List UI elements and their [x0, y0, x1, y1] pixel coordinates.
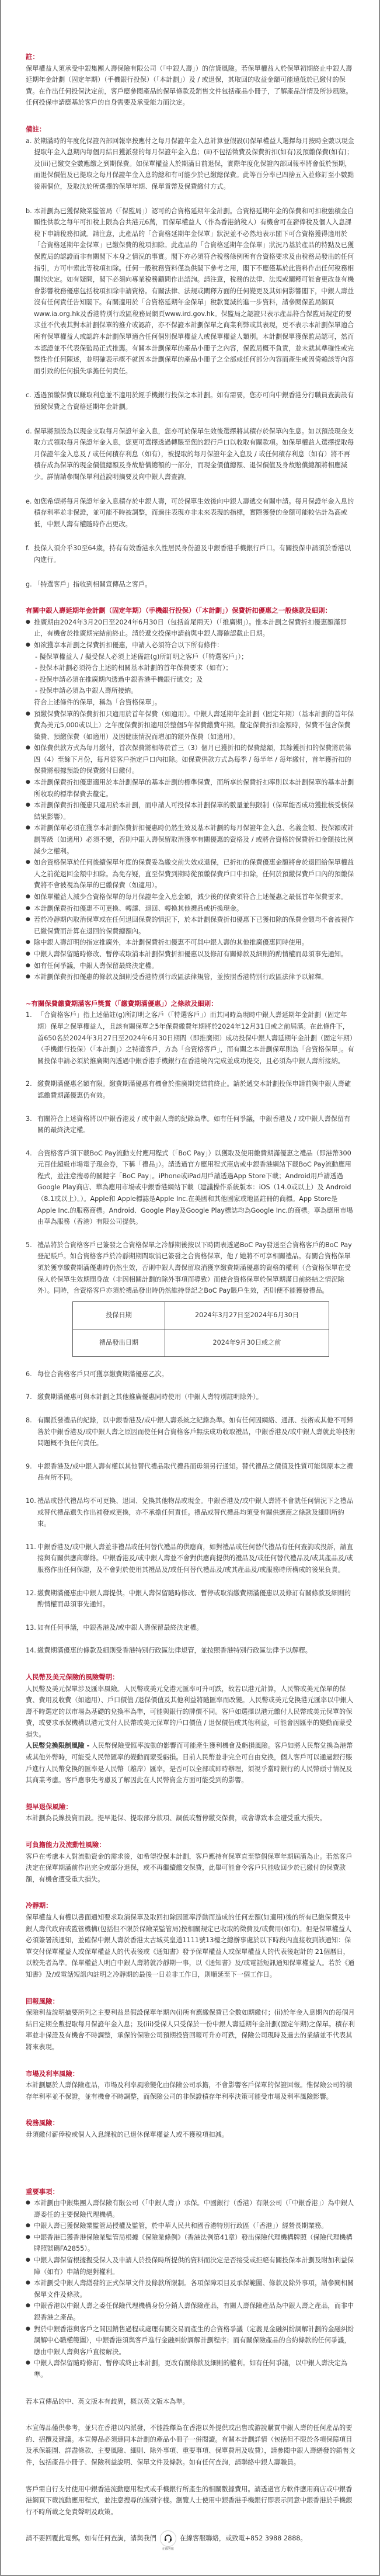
- language-note-text: 若本宣傳品的中、英文版本有歧異，概以英文版本為準。: [26, 2396, 355, 2408]
- reward-term-item: 1.「合資格客戶」指上述備註(g)所訂明之客戶（「特選客戶」）而其同時為現時中銀…: [26, 1009, 355, 1067]
- remark-item: e.如您希望將每月保證年金入息積存於中銀人壽，可於保單生效後向中銀人壽遞交有關申…: [26, 496, 355, 530]
- remark-item: a.於期滿時的年度化保證內部回報率按應付之每月保證年金入息計算並假設(i)保單權…: [26, 136, 355, 193]
- market-risk-section: 市場及利率風險： 本計劃屬於人壽保險產品，市場及利率風險變化由保險公司承擔，不會…: [26, 2068, 355, 2103]
- bullet-icon: ●: [26, 2324, 34, 2358]
- term-item: ●如保費供款方式為每月繳付，首次保費將相等於首三（3）個月已獲折扣的保費總額，其…: [26, 742, 355, 777]
- term-text: 中銀香港及/或中銀人壽有權以其他替代禮品取代禮品而毋須另行通知。替代禮品之價值及…: [37, 1461, 355, 1484]
- term-number: 4.: [26, 1148, 37, 1228]
- term-text: 有關派發禮品的紀錄，以中銀香港及/或中銀人壽系統之紀錄為準。如有任何因網絡、通訊…: [37, 1415, 355, 1449]
- remark-item: b.本計劃為已獲保險業監管局（「保監局」）認可的合資格延期年金計劃。合資格延期年…: [26, 206, 355, 377]
- term-number: 8.: [26, 1415, 37, 1449]
- condition-item: - 投保申請必須為中銀人壽所接納。: [35, 685, 355, 697]
- early-surrender-heading: 提早退保風險：: [26, 1801, 355, 1813]
- table-cell-value: 2024年3月27日至2024年6月30日: [165, 1301, 329, 1329]
- remark-text: 本計劃為已獲保險業監管局（「保監局」）認可的合資格延期年金計劃。合資格延期年金的…: [34, 206, 355, 377]
- term-text: 本計劃保費折扣優惠的條款及細則受香港特別行政區法律規管，並按照香港特別行政區法律…: [34, 971, 355, 983]
- important-item: ●本計劃受中銀人壽繕發的正式保單文件及條款所限制。各項保障項目及承保範圍、條款及…: [26, 2278, 355, 2300]
- bullet-icon: ●: [26, 949, 34, 960]
- term-text: 繳費期滿優惠的條款及細則受香港特別行政區法律規管，並按照香港特別行政區法律予以解…: [37, 1645, 355, 1657]
- maturity-reward-list-continued: 6.每位合資格客戶只可獲享繳費期滿優惠乙次。 7.繳費期滿優惠可與本計劃之其他推…: [26, 1369, 355, 1657]
- condition-list: - 擬保單權益人 / 擬受保人必須上述備註(g)所訂明之客戶（「特選客戶」）； …: [34, 651, 355, 697]
- reward-term-item: 4.合資格客戶須下載BoC Pay流動支付應用程式（「BoC Pay」）以獲取及…: [26, 1148, 355, 1228]
- remark-text: 保單將預設為以現金支取每月保證年金入息，您亦可於保單生效後選擇將其積存於保單內生…: [34, 426, 355, 483]
- online-customer-service-button[interactable]: 在線客服: [160, 2530, 176, 2551]
- term-item: ●本計劃保費折扣優惠只適用於本計劃，而申請人可投保本計劃保單的數量並無限制（保單…: [26, 800, 355, 822]
- term-text: 有關符合上述資格將以中銀香港及 / 或中銀人壽的紀錄為準。如有任何爭議，中銀香港…: [37, 1113, 355, 1136]
- important-text: 本計劃由中銀集團人壽保險有限公司（「中銀人壽」）承保。中國銀行（香港）有限公司（…: [34, 2197, 355, 2220]
- term-item: ●中銀人壽保留隨時修改、暫停或取消本計劃保費折扣優惠以及修訂有關條款及細則的酌情…: [26, 949, 355, 960]
- remarks-heading: 備註：: [26, 124, 355, 136]
- reference-note: 本宣傳品僅供參考，並只在香港以內派發，不能詮釋為在香港以外提供或出售或游說購買中…: [26, 2422, 355, 2468]
- remark-text: 如您希望將每月保證年金入息積存於中銀人壽，可於保單生效後向中銀人壽遞交有關申請。…: [34, 496, 355, 530]
- term-item: ●本計劃保費折扣優惠適用於本計劃保單的基本計劃的標準保費，而所享的保費折扣率則以…: [26, 777, 355, 800]
- important-section: 重要事項： ●本計劃由中銀集團人壽保險有限公司（「中銀人壽」）承保。中國銀行（香…: [26, 2186, 355, 2381]
- remark-item: c.透過預繳保費以賺取利息並不適用於經手機銀行投保之本計劃。如有需要，您亦可向中…: [26, 390, 355, 412]
- remark-item: d.保單將預設為以現金支取每月保證年金入息，您亦可於保單生效後選擇將其積存於保單…: [26, 426, 355, 483]
- reward-term-item: 12.繳費期滿優惠由中銀人壽提供。中銀人壽保留隨時修改、暫停或取消繳費期滿優惠以…: [26, 1588, 355, 1610]
- important-text: 本計劃受中銀人壽繕發的正式保單文件及條款所限制。各項保障項目及承保範圍、條款及除…: [34, 2278, 355, 2300]
- return-risk-heading: 回報風險：: [26, 1996, 355, 2008]
- term-item: ●如合資格保單於任何後續保單年度的保費妥為繳交前失效或退保，已折扣的保費優惠金額…: [26, 857, 355, 891]
- online-cs-label: 在線客服: [162, 2547, 174, 2551]
- term-text: 中銀人壽保留隨時修改、暫停或取消本計劃保費折扣優惠以及修訂有關條款及細則的酌情權…: [34, 949, 355, 960]
- term-item: ●如有任何爭議，中銀人壽保留最終決定權。: [26, 960, 355, 972]
- remark-marker: c.: [26, 390, 34, 412]
- remark-marker: a.: [26, 136, 34, 193]
- contact-line: 請不要回覆此電郵。如有任何查詢，請與我們 在線客服 在線客服聯絡，或致電+852…: [26, 2533, 355, 2551]
- condition-item: - 投保本計劃必須符合上述的相關基本計劃的首年保費要求（如有）；: [35, 662, 355, 674]
- term-item: ●本計劃保費折扣優惠的條款及細則受香港特別行政區法律規管，並按照香港特別行政區法…: [26, 971, 355, 983]
- liquidity-heading: 可負擔能力及流動性風險：: [26, 1839, 355, 1851]
- condition-item: - 擬保單權益人 / 擬受保人必須上述備註(g)所訂明之客戶（「特選客戶」）；: [35, 651, 355, 663]
- fx-risk-heading: 人民幣及美元保險的風險聲明：: [26, 1672, 355, 1683]
- reward-term-item: 5.禮品將於合資格客戶已簽發之合資格保單之冷靜期後按以下時間表透過BoC Pay…: [26, 1240, 355, 1297]
- term-number: 3.: [26, 1113, 37, 1136]
- reward-term-item: 2.繳費期滿優惠名額有限。繳費期滿優惠有機會於推廣期完結前終止。請於遞交本計劃投…: [26, 1078, 355, 1101]
- important-text: 中銀香港已獲香港保險業監管局根據《保險業條例》（香港法例第41章）發出保險代理機…: [34, 2232, 355, 2255]
- bullet-icon: ●: [26, 742, 34, 777]
- term-text: 繳費期滿優惠名額有限。繳費期滿優惠有機會於推廣期完結前終止。請於遞交本計劃投保申…: [37, 1078, 355, 1101]
- term-item: ●本計劃保單必須在獲享本計劃保費折扣優惠時仍然生效及基本計劃的每月保證年金入息、…: [26, 822, 355, 857]
- market-risk-heading: 市場及利率風險：: [26, 2068, 355, 2080]
- bullet-icon: ●: [26, 617, 34, 640]
- important-text: 中銀人壽保留根據擬受保人及申請人於投保時所提供的資料而決定是否接受或拒絕有關投保…: [34, 2255, 355, 2278]
- remark-item: f.投保人須介乎30至64歲，持有有效香港永久性居民身份證及中銀香港手機銀行戶口…: [26, 543, 355, 565]
- important-text: 中銀人壽保留隨時修訂、暫停或終止本計劃，更改有關條款及細則的權利。如有任何爭議，…: [34, 2358, 355, 2380]
- term-text: 如有任何爭議，中銀香港及/或中銀人壽保留最終決定權。: [37, 1622, 355, 1634]
- data-charges-text: 客戶需自行支付使用中銀香港流動應用程式或手機銀行所產生的相關數據費用。請透過官方…: [26, 2484, 355, 2518]
- bullet-icon: ●: [26, 857, 34, 891]
- bullet-icon: ●: [26, 2197, 34, 2220]
- term-text: 如有任何爭議，中銀人壽保留最終決定權。: [34, 960, 355, 972]
- important-heading: 重要事項：: [26, 2186, 355, 2198]
- note-section: 註： 保單權益人須承受中銀集團人壽保險有限公司（「中銀人壽」）的信貸風險。若保單…: [26, 51, 355, 109]
- important-item: ●中銀香港以中銀人壽之委任保險代理機構身份分銷人壽保險產品，有關人壽保險產品為中…: [26, 2300, 355, 2323]
- bullet-icon: ●: [26, 971, 34, 983]
- condition-item: - 投保申請必須在推廣期內透過中銀香港手機銀行遞交；及: [35, 674, 355, 686]
- table-row: 禮品發出日期 2024年9月30日或之前: [73, 1329, 329, 1356]
- maturity-reward-heading: ~有關保費繳費期滿客戶獎賞（「繳費期滿優惠」）之條款及細則：: [26, 998, 355, 1010]
- bullet-icon: ●: [26, 777, 34, 800]
- discount-terms-section: 有關中銀人壽延期年金計劃（固定年期）（手機銀行投保）（「本計劃」）保費折扣優惠之…: [26, 605, 355, 983]
- important-text: 中銀香港以中銀人壽之委任保險代理機構身份分銷人壽保險產品，有關人壽保險產品為中銀…: [34, 2300, 355, 2323]
- fx-risk-section: 人民幣及美元保險的風險聲明： 人民幣及美元保單涉及匯率風險。人民幣或美元兌港元匯…: [26, 1672, 355, 1786]
- reward-term-item: 3.有關符合上述資格將以中銀香港及 / 或中銀人壽的紀錄為準。如有任何爭議，中銀…: [26, 1113, 355, 1136]
- term-text: 繳費期滿優惠可與本計劃之其他推廣優惠同時使用（中銀人壽特別註明除外）。: [37, 1391, 355, 1403]
- term-text: 如保單權益人減少合資格保單的每月保證年金入息金額，減少後的保費須符合上述優惠之最…: [34, 891, 355, 903]
- reward-term-item: 6.每位合資格客戶只可獲享繳費期滿優惠乙次。: [26, 1369, 355, 1380]
- maturity-reward-section: ~有關保費繳費期滿客戶獎賞（「繳費期滿優惠」）之條款及細則： 1.「合資格客戶」…: [26, 998, 355, 1657]
- term-item: ●除中銀人壽訂明的指定推廣外，本計劃保費折扣優惠不可與中銀人壽的其他推廣優惠同時…: [26, 937, 355, 949]
- remark-marker: e.: [26, 496, 34, 530]
- term-text: 如欲獲享本計劃之保費折扣優惠，申請人必須符合以下所有條件：: [34, 641, 223, 649]
- bullet-icon: ●: [26, 914, 34, 937]
- liquidity-body: 客戶在考慮本人對流動資金的需求後，如希望投保本計劃，客戶應持有保單直至整個保單年…: [26, 1851, 355, 1886]
- term-item: ● 如欲獲享本計劃之保費折扣優惠，申請人必須符合以下所有條件： - 擬保單權益人…: [26, 640, 355, 709]
- term-text: 本計劃保費折扣優惠只適用於本計劃，而申請人可投保本計劃保單的數量並無限制（保單能…: [34, 800, 355, 822]
- remark-text: 於期滿時的年度化保證內部回報率按應付之每月保證年金入息計算並假設(i)保單權益人…: [34, 136, 355, 193]
- term-text: 符合上述條件的保單，稱為「合資格保單」。: [34, 699, 161, 706]
- disclaimer-page: 註： 保單權益人須承受中銀集團人壽保險有限公司（「中銀人壽」）的信貸風險。若保單…: [0, 0, 380, 2576]
- term-text: 禮品將於合資格客戶已簽發之合資格保單之冷靜期後按以下時間表透過BoC Pay發送…: [37, 1240, 355, 1297]
- term-number: 1.: [26, 1009, 37, 1067]
- term-number: 11.: [26, 1542, 37, 1576]
- term-item: ●預繳保費保單的保費折扣只適用於首年保費（如適用）。中銀人壽延期年金計劃（固定年…: [26, 709, 355, 743]
- term-text: 每位合資格客戶只可獲享繳費期滿優惠乙次。: [37, 1369, 355, 1380]
- important-text: 對於中銀香港與客戶之間因銷售過程或處理有關交易而產生的合資格爭議（定義見金融糾紛…: [34, 2324, 355, 2358]
- bullet-icon: ●: [26, 937, 34, 949]
- reward-term-item: 13.如有任何爭議，中銀香港及/或中銀人壽保留最終決定權。: [26, 1622, 355, 1634]
- remark-marker: f.: [26, 543, 34, 565]
- term-number: 10.: [26, 1495, 37, 1530]
- term-text: 如合資格保單於任何後續保單年度的保費妥為繳交前失效或退保，已折扣的保費優惠金額將…: [34, 857, 355, 891]
- bullet-icon: ●: [26, 2358, 34, 2380]
- term-text: 若於冷靜期內取消保單或在任何退回保費的情況下，於本計劃保費折扣優惠下已獲扣除的保…: [34, 914, 355, 937]
- important-item: ●中銀香港已獲香港保險業監管局根據《保險業條例》（香港法例第41章）發出保險代理…: [26, 2232, 355, 2255]
- remark-marker: b.: [26, 206, 34, 377]
- rmb-risk-title: 人民幣兌換限制風險 -: [26, 1742, 89, 1749]
- table-row: 投保日期 2024年3月27日至2024年6月30日: [73, 1301, 329, 1329]
- term-text: 推廣期由2024年3月20日至2024年6月30日（包括首尾兩天）（「推廣期」）…: [34, 617, 355, 640]
- language-note: 若本宣傳品的中、英文版本有歧異，概以英文版本為準。: [26, 2396, 355, 2408]
- term-number: 6.: [26, 1369, 37, 1380]
- bullet-icon: ●: [26, 822, 34, 857]
- cooling-off-heading: 冷靜期：: [26, 1900, 355, 1912]
- term-number: 7.: [26, 1391, 37, 1403]
- term-text: 中銀香港及/或中銀人壽並非禮品或任何替代禮品的供應商，如對禮品或任何替代禮品有任…: [37, 1542, 355, 1576]
- important-item: ●本計劃由中銀集團人壽保險有限公司（「中銀人壽」）承保。中國銀行（香港）有限公司…: [26, 2197, 355, 2220]
- bullet-icon: ●: [26, 2278, 34, 2300]
- contact-text-before: 請不要回覆此電郵。如有任何查詢，請與我們: [26, 2533, 156, 2544]
- term-item: ●推廣期由2024年3月20日至2024年6月30日（包括首尾兩天）（「推廣期」…: [26, 617, 355, 640]
- bullet-icon: ●: [26, 800, 34, 822]
- table-cell-value: 2024年9月30日或之前: [165, 1329, 329, 1356]
- bullet-icon: ●: [26, 903, 34, 915]
- term-number: 2.: [26, 1078, 37, 1101]
- tax-risk-heading: 稅務風險：: [26, 2117, 355, 2129]
- remark-item: g.「特選客戶」指收到相關宣傳品之客戶。: [26, 579, 355, 591]
- discount-terms-list: ●推廣期由2024年3月20日至2024年6月30日（包括首尾兩天）（「推廣期」…: [26, 617, 355, 983]
- remark-marker: d.: [26, 426, 34, 483]
- bullet-icon: ●: [26, 2300, 34, 2323]
- data-charges-note: 客戶需自行支付使用中銀香港流動應用程式或手機銀行所產生的相關數據費用。請透過官方…: [26, 2484, 355, 2518]
- term-item: ●如保單權益人減少合資格保單的每月保證年金入息金額，減少後的保費須符合上述優惠之…: [26, 891, 355, 903]
- rmb-risk-paragraph: 人民幣兌換限制風險 - 人民幣保險受匯率波動的影響而可能產生獲利機會及虧損風險。…: [26, 1740, 355, 1786]
- term-number: 5.: [26, 1240, 37, 1297]
- contact-text-after: 在線客服聯絡，或致電+852 3988 2888。: [180, 2533, 307, 2544]
- cooling-off-section: 冷靜期： 保單權益人有權以書面通知要求取消保單及取回扣除因匯率浮動而造成的任何差…: [26, 1900, 355, 1980]
- bullet-icon: ●: [26, 709, 34, 743]
- reward-term-item: 14.繳費期滿優惠的條款及細則受香港特別行政區法律規管，並按照香港特別行政區法律…: [26, 1645, 355, 1657]
- important-text: 中銀人壽已獲保險業監管局授權及監管，於中華人民共和國香港特別行政區（「香港」）經…: [34, 2220, 355, 2232]
- term-text: 本計劃保單必須在獲享本計劃保費折扣優惠時仍然生效及基本計劃的每月保證年金入息、名…: [34, 822, 355, 857]
- cooling-off-body: 保單權益人有權以書面通知要求取消保單及取回扣除因匯率浮動而造成的任何差額(如適用…: [26, 1912, 355, 1981]
- term-item: ●本計劃保費折扣優惠不可更換、轉讓、退回、轉換其他禮品或折換現金。: [26, 903, 355, 915]
- early-surrender-body: 本計劃為長線投資而設。提早退保、提取部分款項、調低或暫停繳交保費，或會導致本金遭…: [26, 1813, 355, 1824]
- bullet-icon: ●: [26, 2220, 34, 2232]
- return-risk-body: 保險利益說明摘要所列之主要利益是假設保單年期內(i)所有應繳保費已全數如期繳付；…: [26, 2007, 355, 2053]
- reward-term-item: 11.中銀香港及/或中銀人壽並非禮品或任何替代禮品的供應商，如對禮品或任何替代禮…: [26, 1542, 355, 1576]
- reward-term-item: 8.有關派發禮品的紀錄，以中銀香港及/或中銀人壽系統之紀錄為準。如有任何因網絡、…: [26, 1415, 355, 1449]
- term-text: 合資格客戶須下載BoC Pay流動支付應用程式（「BoC Pay」）以獲取及使用…: [37, 1148, 355, 1228]
- table-cell-label: 禮品發出日期: [73, 1329, 165, 1356]
- term-number: 14.: [26, 1645, 37, 1657]
- important-item: ●中銀人壽已獲保險業監管局授權及監管，於中華人民共和國香港特別行政區（「香港」）…: [26, 2220, 355, 2232]
- return-risk-section: 回報風險： 保險利益說明摘要所列之主要利益是假設保單年期內(i)所有應繳保費已全…: [26, 1996, 355, 2053]
- bullet-icon: ●: [26, 891, 34, 903]
- term-text: 繳費期滿優惠由中銀人壽提供。中銀人壽保留隨時修改、暫停或取消繳費期滿優惠以及修訂…: [37, 1588, 355, 1610]
- important-item: ●中銀人壽保留根據擬受保人及申請人於投保時所提供的資料而決定是否接受或拒絕有關投…: [26, 2255, 355, 2278]
- term-text: 禮品或替代禮品均不可更換、退回、兌換其他物品或現金。中銀香港及/或中銀人壽將不會…: [37, 1495, 355, 1530]
- remarks-section: 備註： a.於期滿時的年度化保證內部回報率按應付之每月保證年金入息計算並假設(i…: [26, 124, 355, 590]
- important-item: ●對於中銀香港與客戶之間因銷售過程或處理有關交易而產生的合資格爭議（定義見金融糾…: [26, 2324, 355, 2358]
- headset-icon: [160, 2530, 176, 2547]
- remark-text: 「特選客戶」指收到相關宣傳品之客戶。: [34, 579, 355, 591]
- reference-note-text: 本宣傳品僅供參考，並只在香港以內派發，不能詮釋為在香港以外提供或出售或游說購買中…: [26, 2422, 355, 2468]
- note-heading: 註：: [26, 51, 355, 63]
- remark-text: 投保人須介乎30至64歲，持有有效香港永久性居民身份證及中銀香港手機銀行戶口。有…: [34, 543, 355, 565]
- bullet-icon: ●: [26, 2255, 34, 2278]
- term-number: 13.: [26, 1622, 37, 1634]
- term-item: ●若於冷靜期內取消保單或在任何退回保費的情況下，於本計劃保費折扣優惠下已獲扣除的…: [26, 914, 355, 937]
- term-number: 12.: [26, 1588, 37, 1610]
- term-text: 本計劃保費折扣優惠適用於本計劃保單的基本計劃的標準保費，而所享的保費折扣率則以本…: [34, 777, 355, 800]
- reward-term-item: 10.禮品或替代禮品均不可更換、退回、兌換其他物品或現金。中銀香港及/或中銀人壽…: [26, 1495, 355, 1530]
- bullet-icon: ●: [26, 2232, 34, 2255]
- term-text: 本計劃保費折扣優惠不可更換、轉讓、退回、轉換其他禮品或折換現金。: [34, 903, 355, 915]
- remark-marker: g.: [26, 579, 34, 591]
- market-risk-body: 本計劃屬於人壽保險產品，市場及利率風險變化由保險公司承擔，不會影響客戶保單的保證…: [26, 2079, 355, 2102]
- bullet-icon: ●: [26, 960, 34, 972]
- bullet-icon: ●: [26, 640, 34, 709]
- term-text: 如保費供款方式為每月繳付，首次保費將相等於首三（3）個月已獲折扣的保費總額，其餘…: [34, 742, 355, 777]
- reward-term-item: 9.中銀香港及/或中銀人壽有權以其他替代禮品取代禮品而毋須另行通知。替代禮品之價…: [26, 1461, 355, 1484]
- important-list: ●本計劃由中銀集團人壽保險有限公司（「中銀人壽」）承保。中國銀行（香港）有限公司…: [26, 2197, 355, 2381]
- important-item: ●中銀人壽保留隨時修訂、暫停或終止本計劃，更改有關條款及細則的權利。如有任何爭議…: [26, 2358, 355, 2380]
- tax-risk-body: 毋須繳付薪俸稅或個人入息課稅的已退休保單權益人或不獲稅項扣減。: [26, 2129, 355, 2141]
- note-body: 保單權益人須承受中銀集團人壽保險有限公司（「中銀人壽」）的信貸風險。若保單權益人…: [26, 63, 355, 109]
- discount-terms-heading: 有關中銀人壽延期年金計劃（固定年期）（手機銀行投保）（「本計劃」）保費折扣優惠之…: [26, 605, 355, 617]
- remarks-list: a.於期滿時的年度化保證內部回報率按應付之每月保證年金入息計算並假設(i)保單權…: [26, 136, 355, 591]
- term-text: 除中銀人壽訂明的指定推廣外，本計劃保費折扣優惠不可與中銀人壽的其他推廣優惠同時使…: [34, 937, 355, 949]
- term-text: 預繳保費保單的保費折扣只適用於首年保費（如適用）。中銀人壽延期年金計劃（固定年期…: [34, 709, 355, 743]
- fx-risk-body: 人民幣及美元保單涉及匯率風險。人民幣或美元兌港元匯率可升可跌，故若以港元計算，人…: [26, 1683, 355, 1741]
- gift-schedule-table: 投保日期 2024年3月27日至2024年6月30日 禮品發出日期 2024年9…: [72, 1301, 329, 1357]
- term-text: 「合資格客戶」指上述備註(g)所訂明之客戶（「特選客戶」）而其同時為現時中銀人壽…: [37, 1009, 355, 1067]
- remark-text: 透過預繳保費以賺取利息並不適用於經手機銀行投保之本計劃。如有需要，您亦可向中銀香…: [34, 390, 355, 412]
- table-cell-label: 投保日期: [73, 1301, 165, 1329]
- liquidity-section: 可負擔能力及流動性風險： 客戶在考慮本人對流動資金的需求後，如希望投保本計劃，客…: [26, 1839, 355, 1885]
- early-surrender-section: 提早退保風險： 本計劃為長線投資而設。提早退保、提取部分款項、調低或暫停繳交保費…: [26, 1801, 355, 1824]
- reward-term-item: 7.繳費期滿優惠可與本計劃之其他推廣優惠同時使用（中銀人壽特別註明除外）。: [26, 1391, 355, 1403]
- tax-risk-section: 稅務風險： 毋須繳付薪俸稅或個人入息課稅的已退休保單權益人或不獲稅項扣減。: [26, 2117, 355, 2140]
- maturity-reward-list: 1.「合資格客戶」指上述備註(g)所訂明之客戶（「特選客戶」）而其同時為現時中銀…: [26, 1009, 355, 1296]
- term-number: 9.: [26, 1461, 37, 1484]
